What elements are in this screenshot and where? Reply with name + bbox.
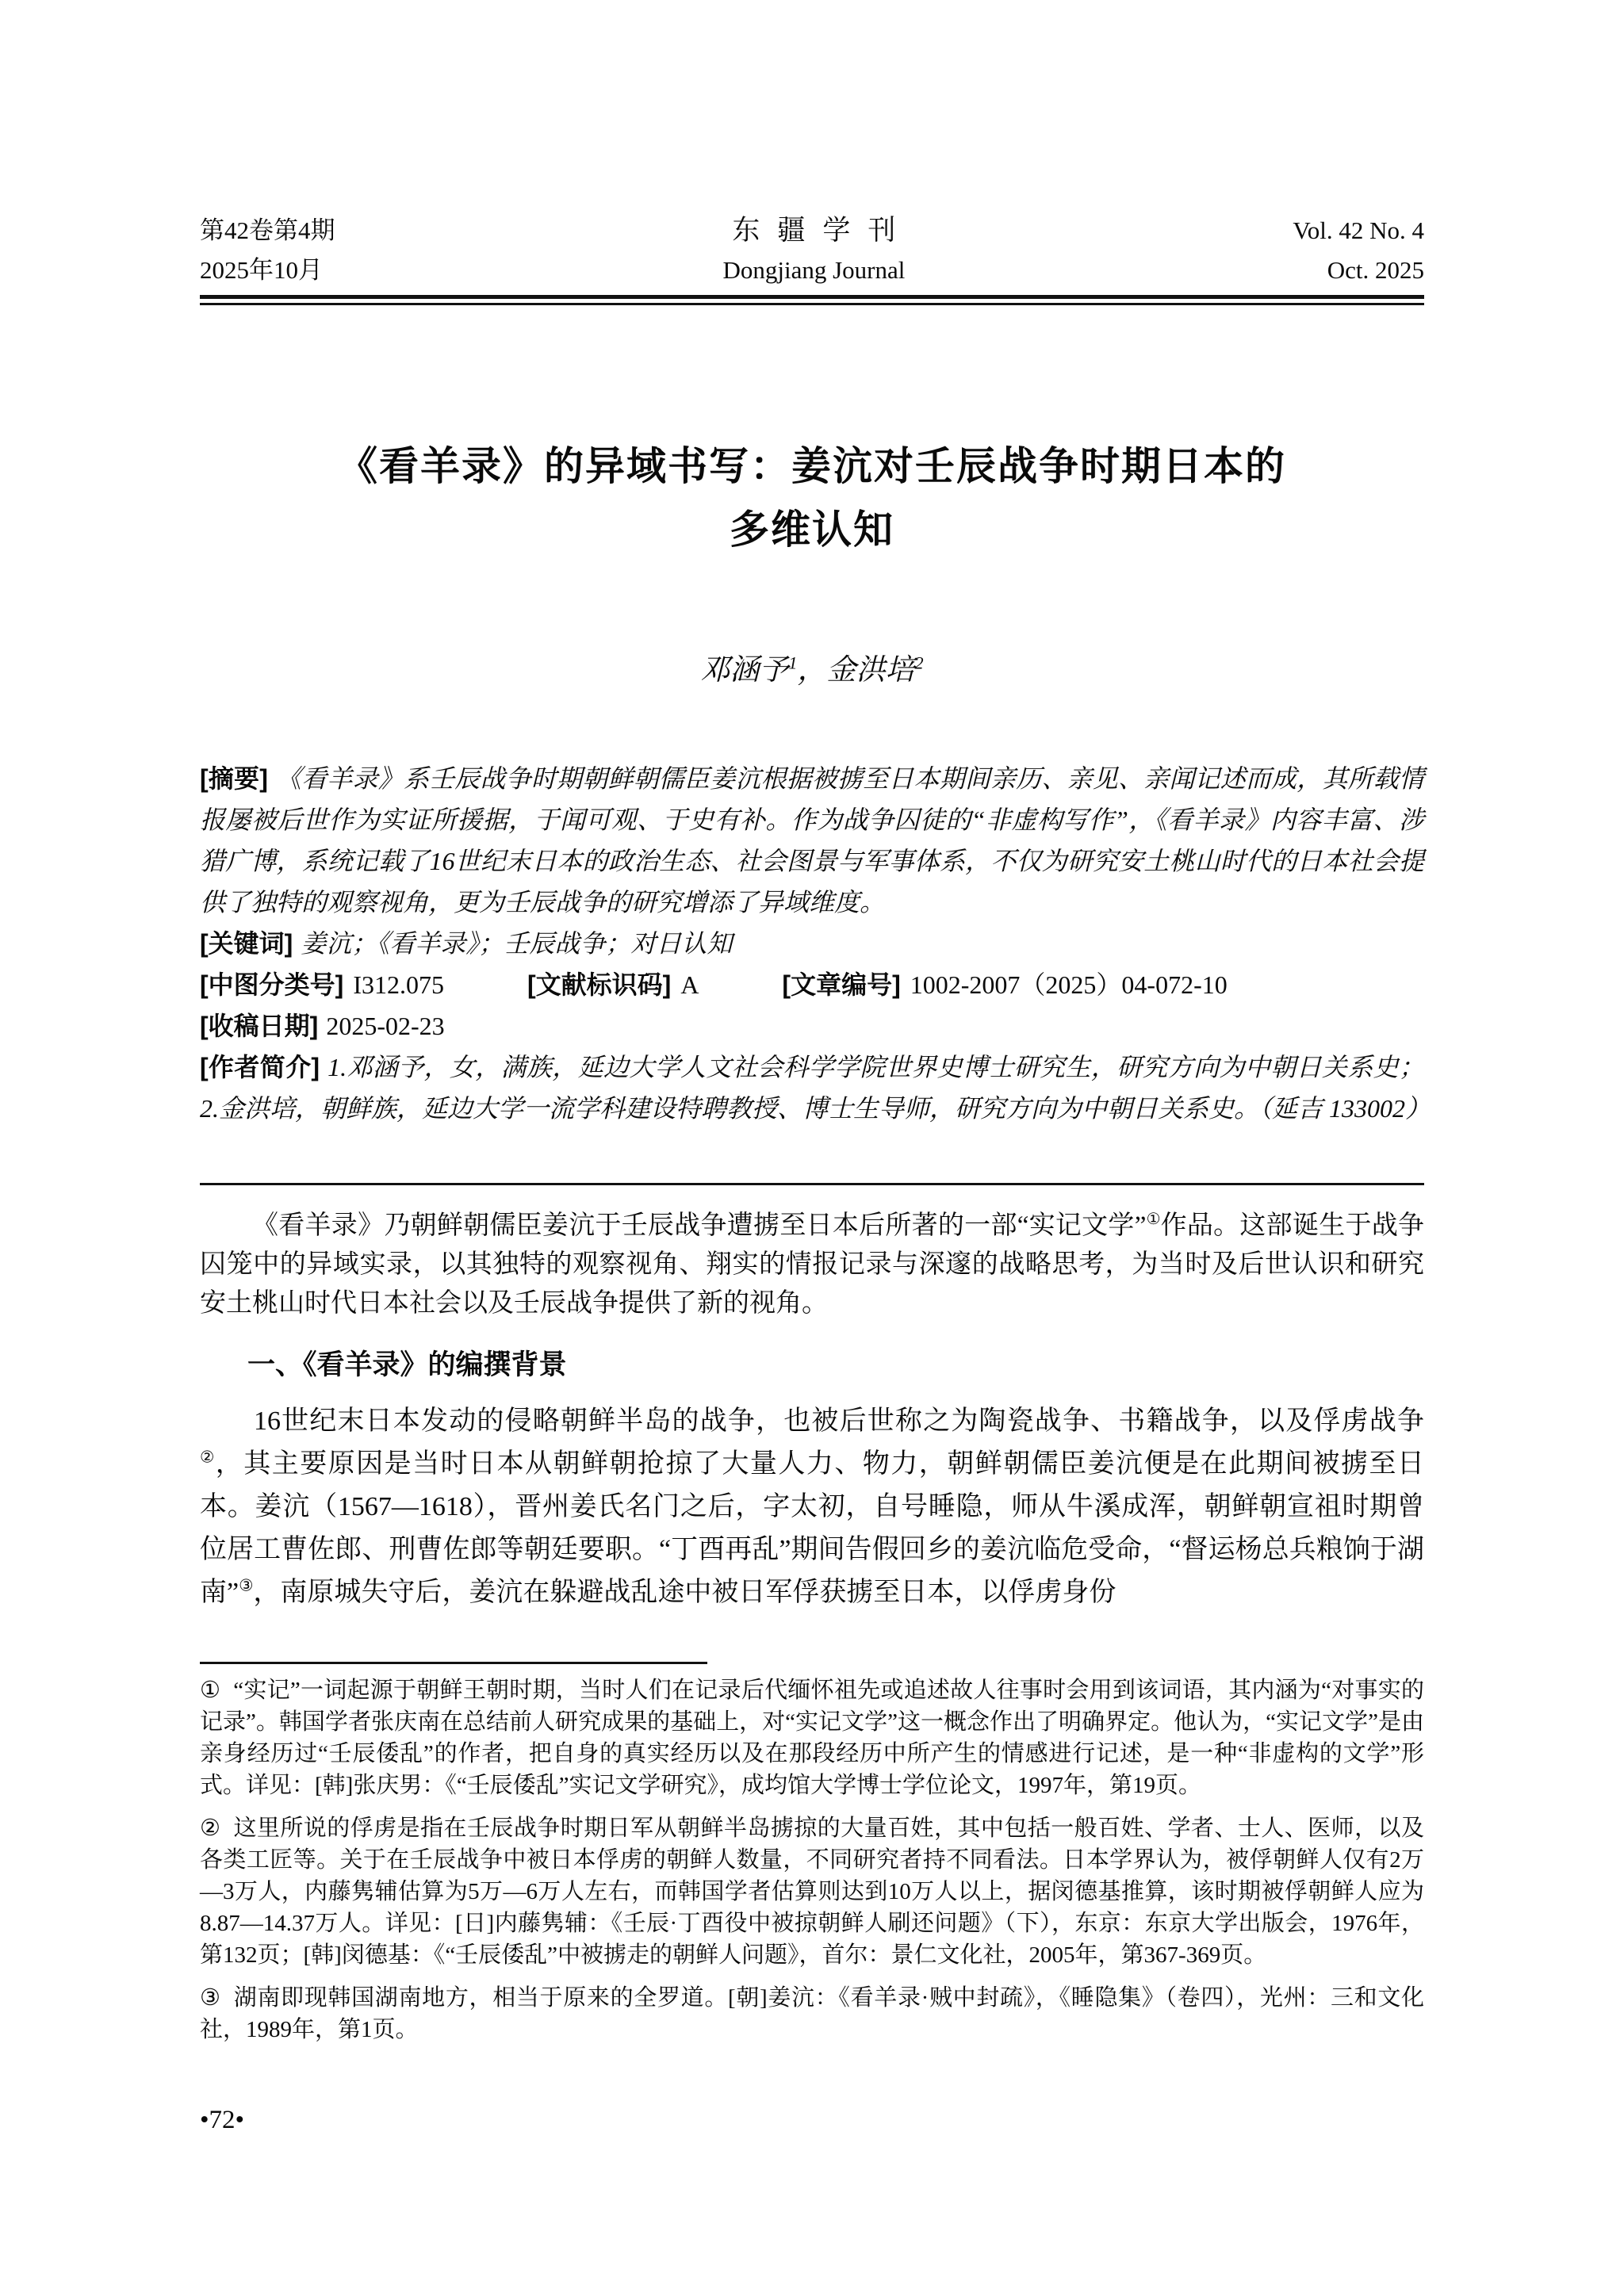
author-bio-paragraph: [作者简介]1.邓涵予，女，满族，延边大学人文社会科学学院世界史博士研究生，研究… [200, 1047, 1424, 1129]
footnote-2-marker: ② [200, 1816, 220, 1841]
intro-paragraph: 《看羊录》乃朝鲜朝儒臣姜沆于壬辰战争遭掳至日本后所著的一部“实记文学”①作品。这… [200, 1207, 1424, 1323]
doc-code-pair: [文献标识码]A [527, 964, 699, 1005]
footnote-3-marker: ③ [200, 1985, 221, 2011]
doc-code-value: A [680, 970, 699, 999]
header-rule-thick [200, 295, 1424, 299]
issue-number-cn: 第42卷第4期 [200, 211, 335, 251]
footnote-rule [200, 1662, 707, 1664]
clc-label: [中图分类号] [200, 970, 343, 999]
article-id-value: 1002-2007（2025）04-072-10 [910, 970, 1228, 999]
received-date-value: 2025-02-23 [326, 1012, 444, 1040]
footnote-1-text: “实记”一词起源于朝鲜王朝时期，当时人们在记录后代缅怀祖先或追述故人往事时会用到… [200, 1678, 1424, 1798]
footnote-3: ③湖南即现韩国湖南地方，相当于原来的全罗道。[朝]姜沆：《看羊录·贼中封疏》，《… [200, 1982, 1424, 2045]
masthead-volume-block: Vol. 42 No. 4 Oct. 2025 [1293, 211, 1424, 290]
author-bio-label: [作者简介] [200, 1053, 320, 1081]
footnote-2: ②这里所说的俘虏是指在壬辰战争时期日军从朝鲜半岛掳掠的大量百姓，其中包括一般百姓… [200, 1812, 1424, 1971]
abstract-text: 《看羊录》系壬辰战争时期朝鲜朝儒臣姜沆根据被掳至日本期间亲历、亲见、亲闻记述而成… [200, 764, 1424, 916]
footnote-1-marker: ① [200, 1678, 220, 1703]
authors-line: 邓涵予1，金洪培2 [200, 645, 1424, 688]
article-id-label: [文章编号] [782, 970, 900, 999]
meta-section: [摘要]《看羊录》系壬辰战争时期朝鲜朝儒臣姜沆根据被掳至日本期间亲历、亲见、亲闻… [200, 758, 1424, 1129]
article-title-line1: 《看羊录》的异域书写：姜沆对壬辰战争时期日本的 [200, 434, 1424, 498]
page-number: •72• [200, 2106, 1424, 2135]
keywords-text: 姜沆；《看羊录》；壬辰战争；对日认知 [301, 929, 732, 958]
section-1-paragraph: 16世纪末日本发动的侵略朝鲜半岛的战争，也被后世称之为陶瓷战争、书籍战争，以及俘… [200, 1400, 1424, 1614]
header-rule [200, 295, 1424, 305]
classification-line: [中图分类号]I312.075 [文献标识码]A [文章编号]1002-2007… [200, 964, 1424, 1005]
journal-title-cn: 东疆学刊 [714, 211, 913, 251]
journal-masthead: 第42卷第4期 2025年10月 东疆学刊 Dongjiang Journal … [200, 211, 1424, 290]
masthead-issue-block: 第42卷第4期 2025年10月 [200, 211, 335, 290]
received-date-line: [收稿日期]2025-02-23 [200, 1005, 1424, 1047]
journal-page: 第42卷第4期 2025年10月 东疆学刊 Dongjiang Journal … [0, 0, 1624, 2296]
footnote-3-text: 湖南即现韩国湖南地方，相当于原来的全罗道。[朝]姜沆：《看羊录·贼中封疏》，《睡… [200, 1985, 1424, 2042]
received-date-label: [收稿日期] [200, 1012, 318, 1040]
author-bio-text: 1.邓涵予，女，满族，延边大学人文社会科学学院世界史博士研究生，研究方向为中朝日… [200, 1053, 1431, 1123]
issue-date-en: Oct. 2025 [1293, 251, 1424, 290]
meta-divider-rule [200, 1183, 1424, 1185]
article-title-line2: 多维认知 [200, 498, 1424, 561]
keywords-label: [关键词] [200, 929, 293, 958]
header-rule-thin [200, 303, 1424, 305]
clc-pair: [中图分类号]I312.075 [200, 964, 444, 1005]
clc-value: I312.075 [353, 970, 444, 999]
article-title: 《看羊录》的异域书写：姜沆对壬辰战争时期日本的 多维认知 [200, 434, 1424, 561]
doc-code-label: [文献标识码] [527, 970, 671, 999]
keywords-line: [关键词]姜沆；《看羊录》；壬辰战争；对日认知 [200, 923, 1424, 964]
abstract-paragraph: [摘要]《看羊录》系壬辰战争时期朝鲜朝儒臣姜沆根据被掳至日本期间亲历、亲见、亲闻… [200, 758, 1424, 923]
footnotes-section: ①“实记”一词起源于朝鲜王朝时期，当时人们在记录后代缅怀祖先或追述故人往事时会用… [200, 1674, 1424, 2057]
article-id-pair: [文章编号]1002-2007（2025）04-072-10 [782, 964, 1227, 1005]
section-1-heading: 一、《看羊录》的编撰背景 [200, 1343, 1472, 1383]
masthead-journal-block: 东疆学刊 Dongjiang Journal [714, 211, 913, 290]
volume-number-en: Vol. 42 No. 4 [1293, 211, 1424, 251]
footnote-2-text: 这里所说的俘虏是指在壬辰战争时期日军从朝鲜半岛掳掠的大量百姓，其中包括一般百姓、… [200, 1816, 1424, 1968]
footnote-1: ①“实记”一词起源于朝鲜王朝时期，当时人们在记录后代缅怀祖先或追述故人往事时会用… [200, 1674, 1424, 1801]
journal-title-en: Dongjiang Journal [714, 251, 913, 290]
abstract-label: [摘要] [200, 764, 268, 793]
issue-date-cn: 2025年10月 [200, 251, 335, 290]
